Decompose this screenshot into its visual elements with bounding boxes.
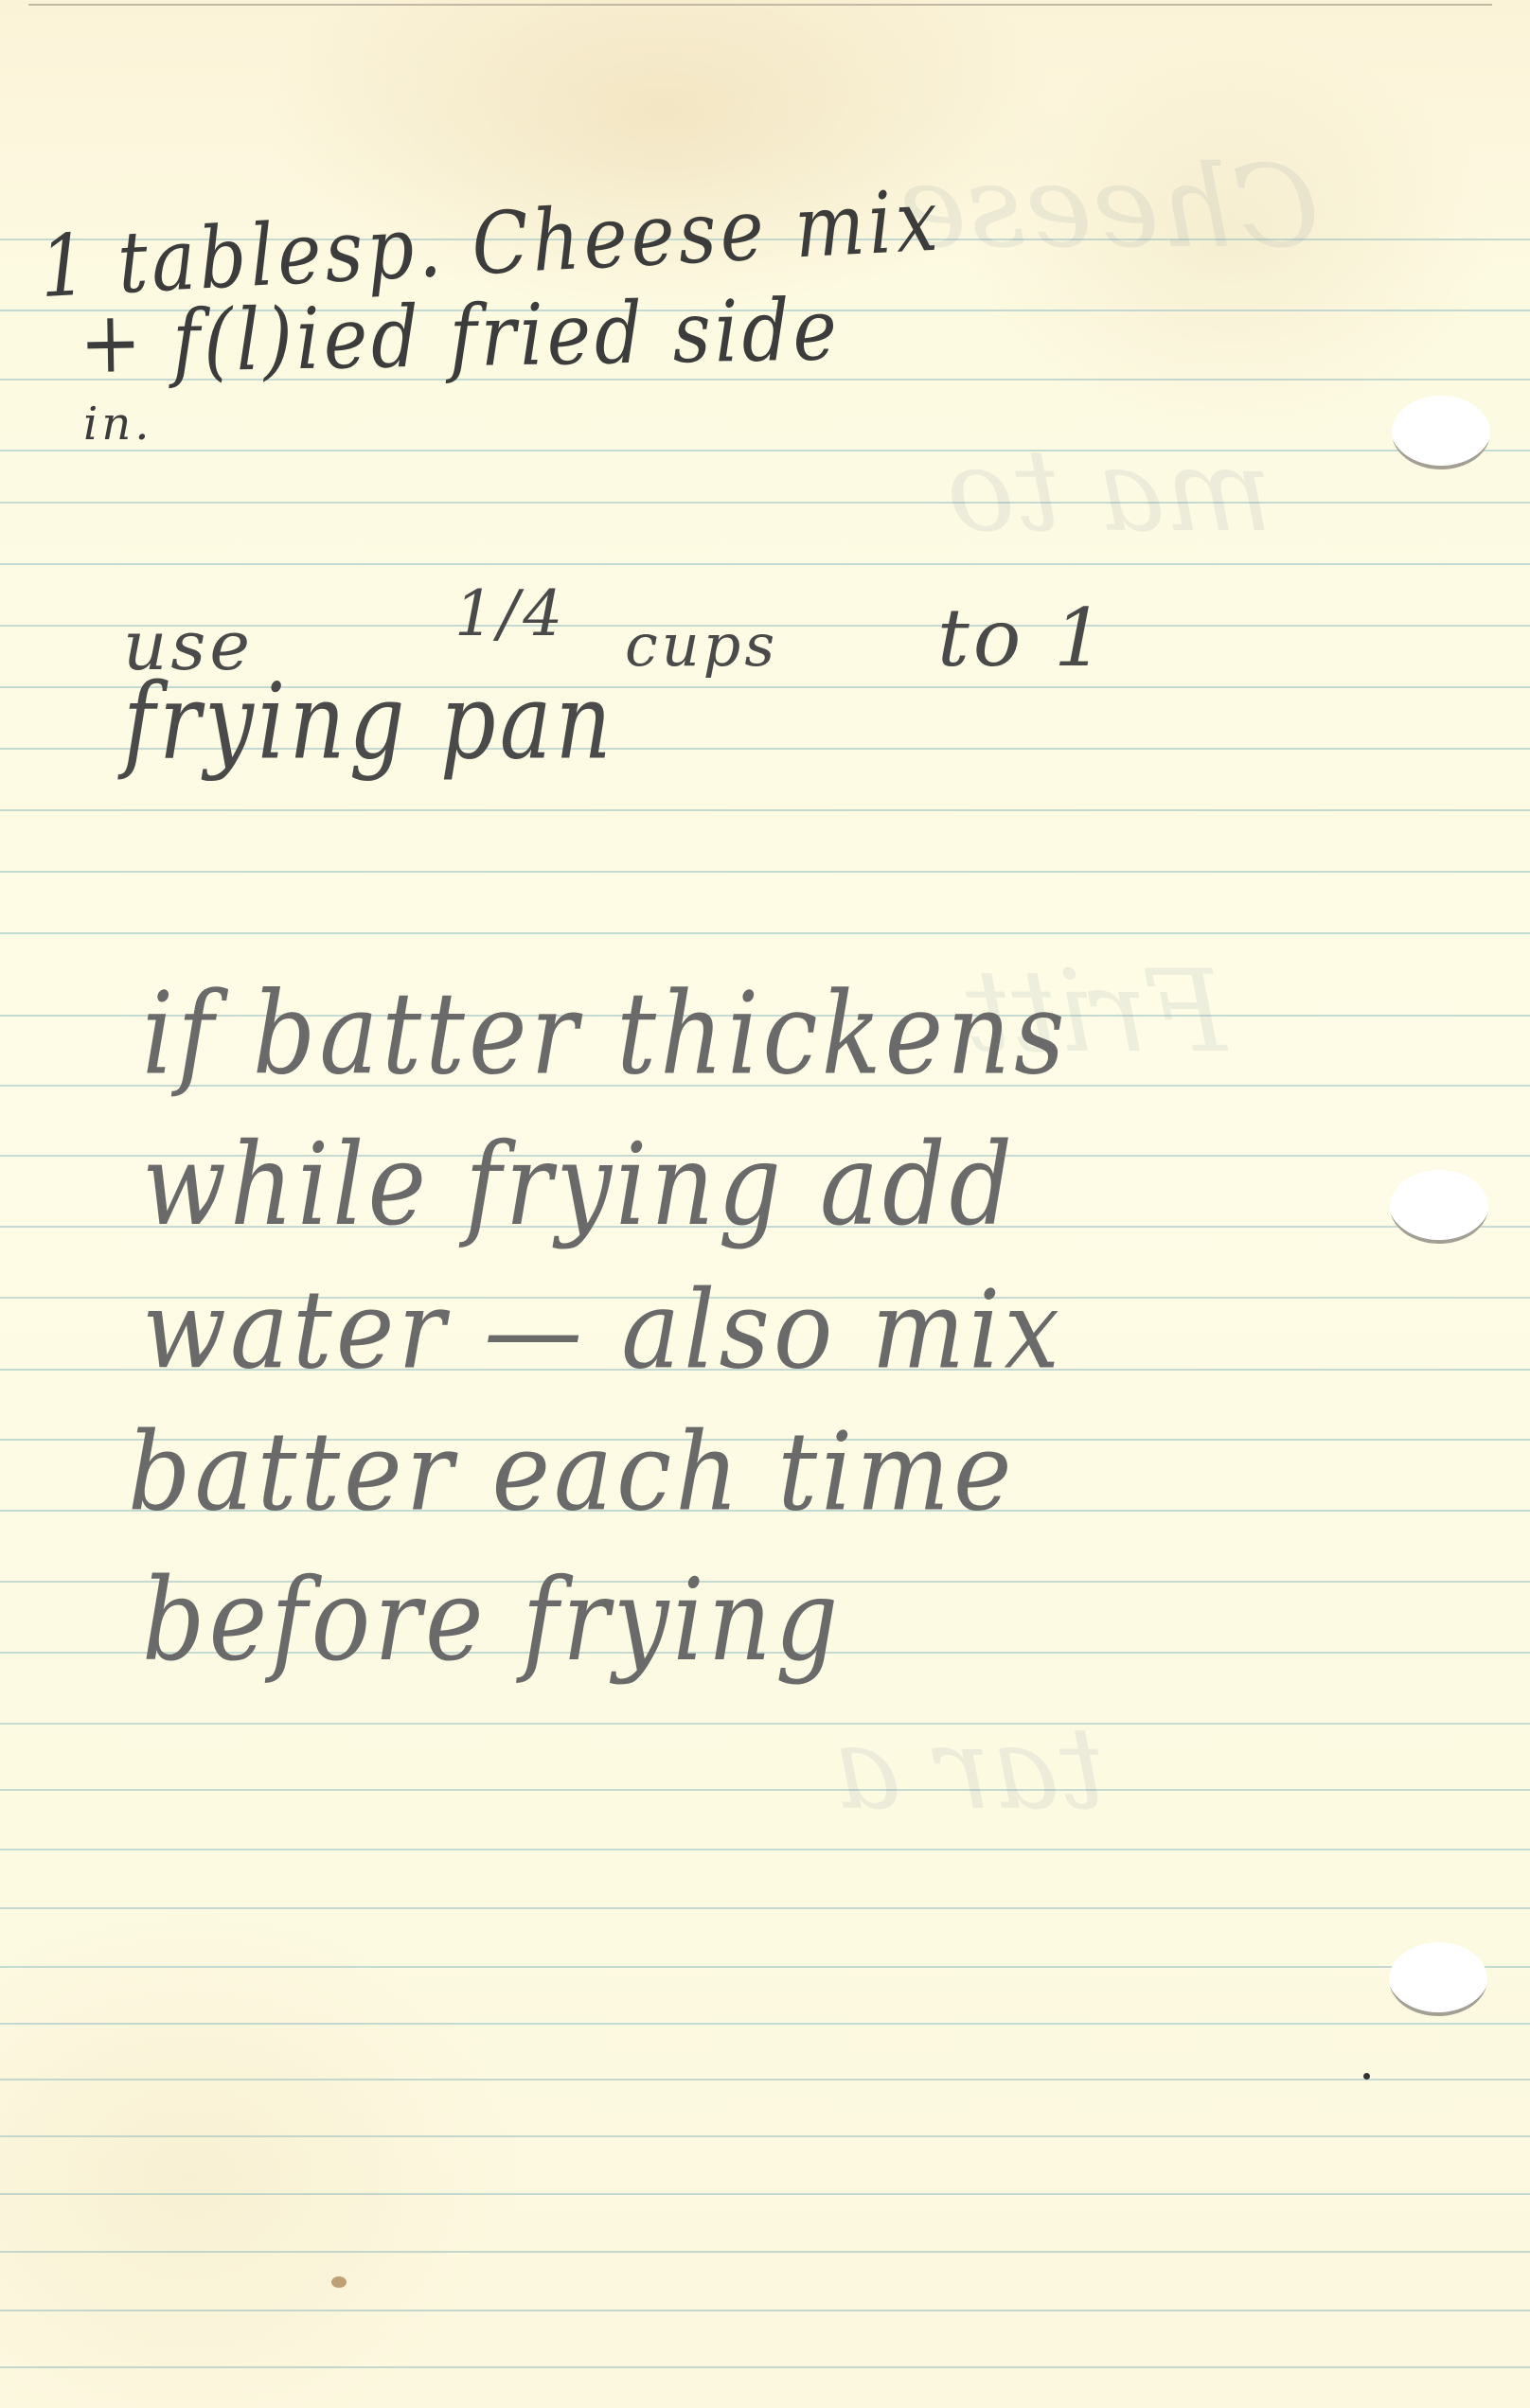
- ruled-line: [0, 871, 1530, 873]
- ruled-line: [0, 1966, 1530, 1968]
- ruled-line: [0, 2251, 1530, 2253]
- punch-hole: [1389, 1942, 1487, 2016]
- ruled-line: [0, 1849, 1530, 1850]
- ruled-line: [0, 2366, 1530, 2368]
- punch-hole: [1392, 396, 1490, 469]
- show-through-text: tar a: [833, 1704, 1105, 1835]
- ruled-line: [0, 1789, 1530, 1791]
- ruled-line: [0, 563, 1530, 565]
- handwritten-fraction: 1/4: [454, 577, 566, 650]
- paper-stain: [331, 2276, 347, 2288]
- handwritten-line: water — also mix: [142, 1266, 1063, 1393]
- handwritten-line: batter each time: [128, 1408, 1016, 1535]
- handwritten-line: before frying: [142, 1554, 842, 1687]
- ruled-line: [0, 1907, 1530, 1909]
- ruled-line: [0, 450, 1530, 451]
- handwritten-word: cups: [625, 611, 778, 680]
- ruled-line: [0, 809, 1530, 811]
- page-top-edge: [28, 4, 1492, 6]
- notebook-page: Cheese ma to Fritt tar a 1 tablesp. Chee…: [0, 0, 1530, 2408]
- ruled-line: [0, 2079, 1530, 2080]
- ink-speck: [1363, 2073, 1370, 2080]
- ruled-line: [0, 2135, 1530, 2137]
- show-through-text: ma to: [947, 426, 1272, 558]
- handwritten-line: in.: [83, 398, 153, 451]
- ruled-line: [0, 2193, 1530, 2195]
- show-through-text: Cheese: [899, 142, 1320, 274]
- ruled-line: [0, 932, 1530, 934]
- handwritten-line: frying pan: [123, 662, 615, 783]
- handwritten-word: to 1: [937, 592, 1108, 684]
- ruled-line: [0, 502, 1530, 504]
- punch-hole: [1390, 1170, 1488, 1244]
- handwritten-line: if batter thickens: [142, 967, 1069, 1100]
- handwritten-line: while frying add: [142, 1119, 1016, 1251]
- ruled-line: [0, 2310, 1530, 2311]
- ruled-line: [0, 2023, 1530, 2025]
- ruled-line: [0, 1723, 1530, 1725]
- handwritten-line: + f(l)ied fried side: [79, 281, 841, 393]
